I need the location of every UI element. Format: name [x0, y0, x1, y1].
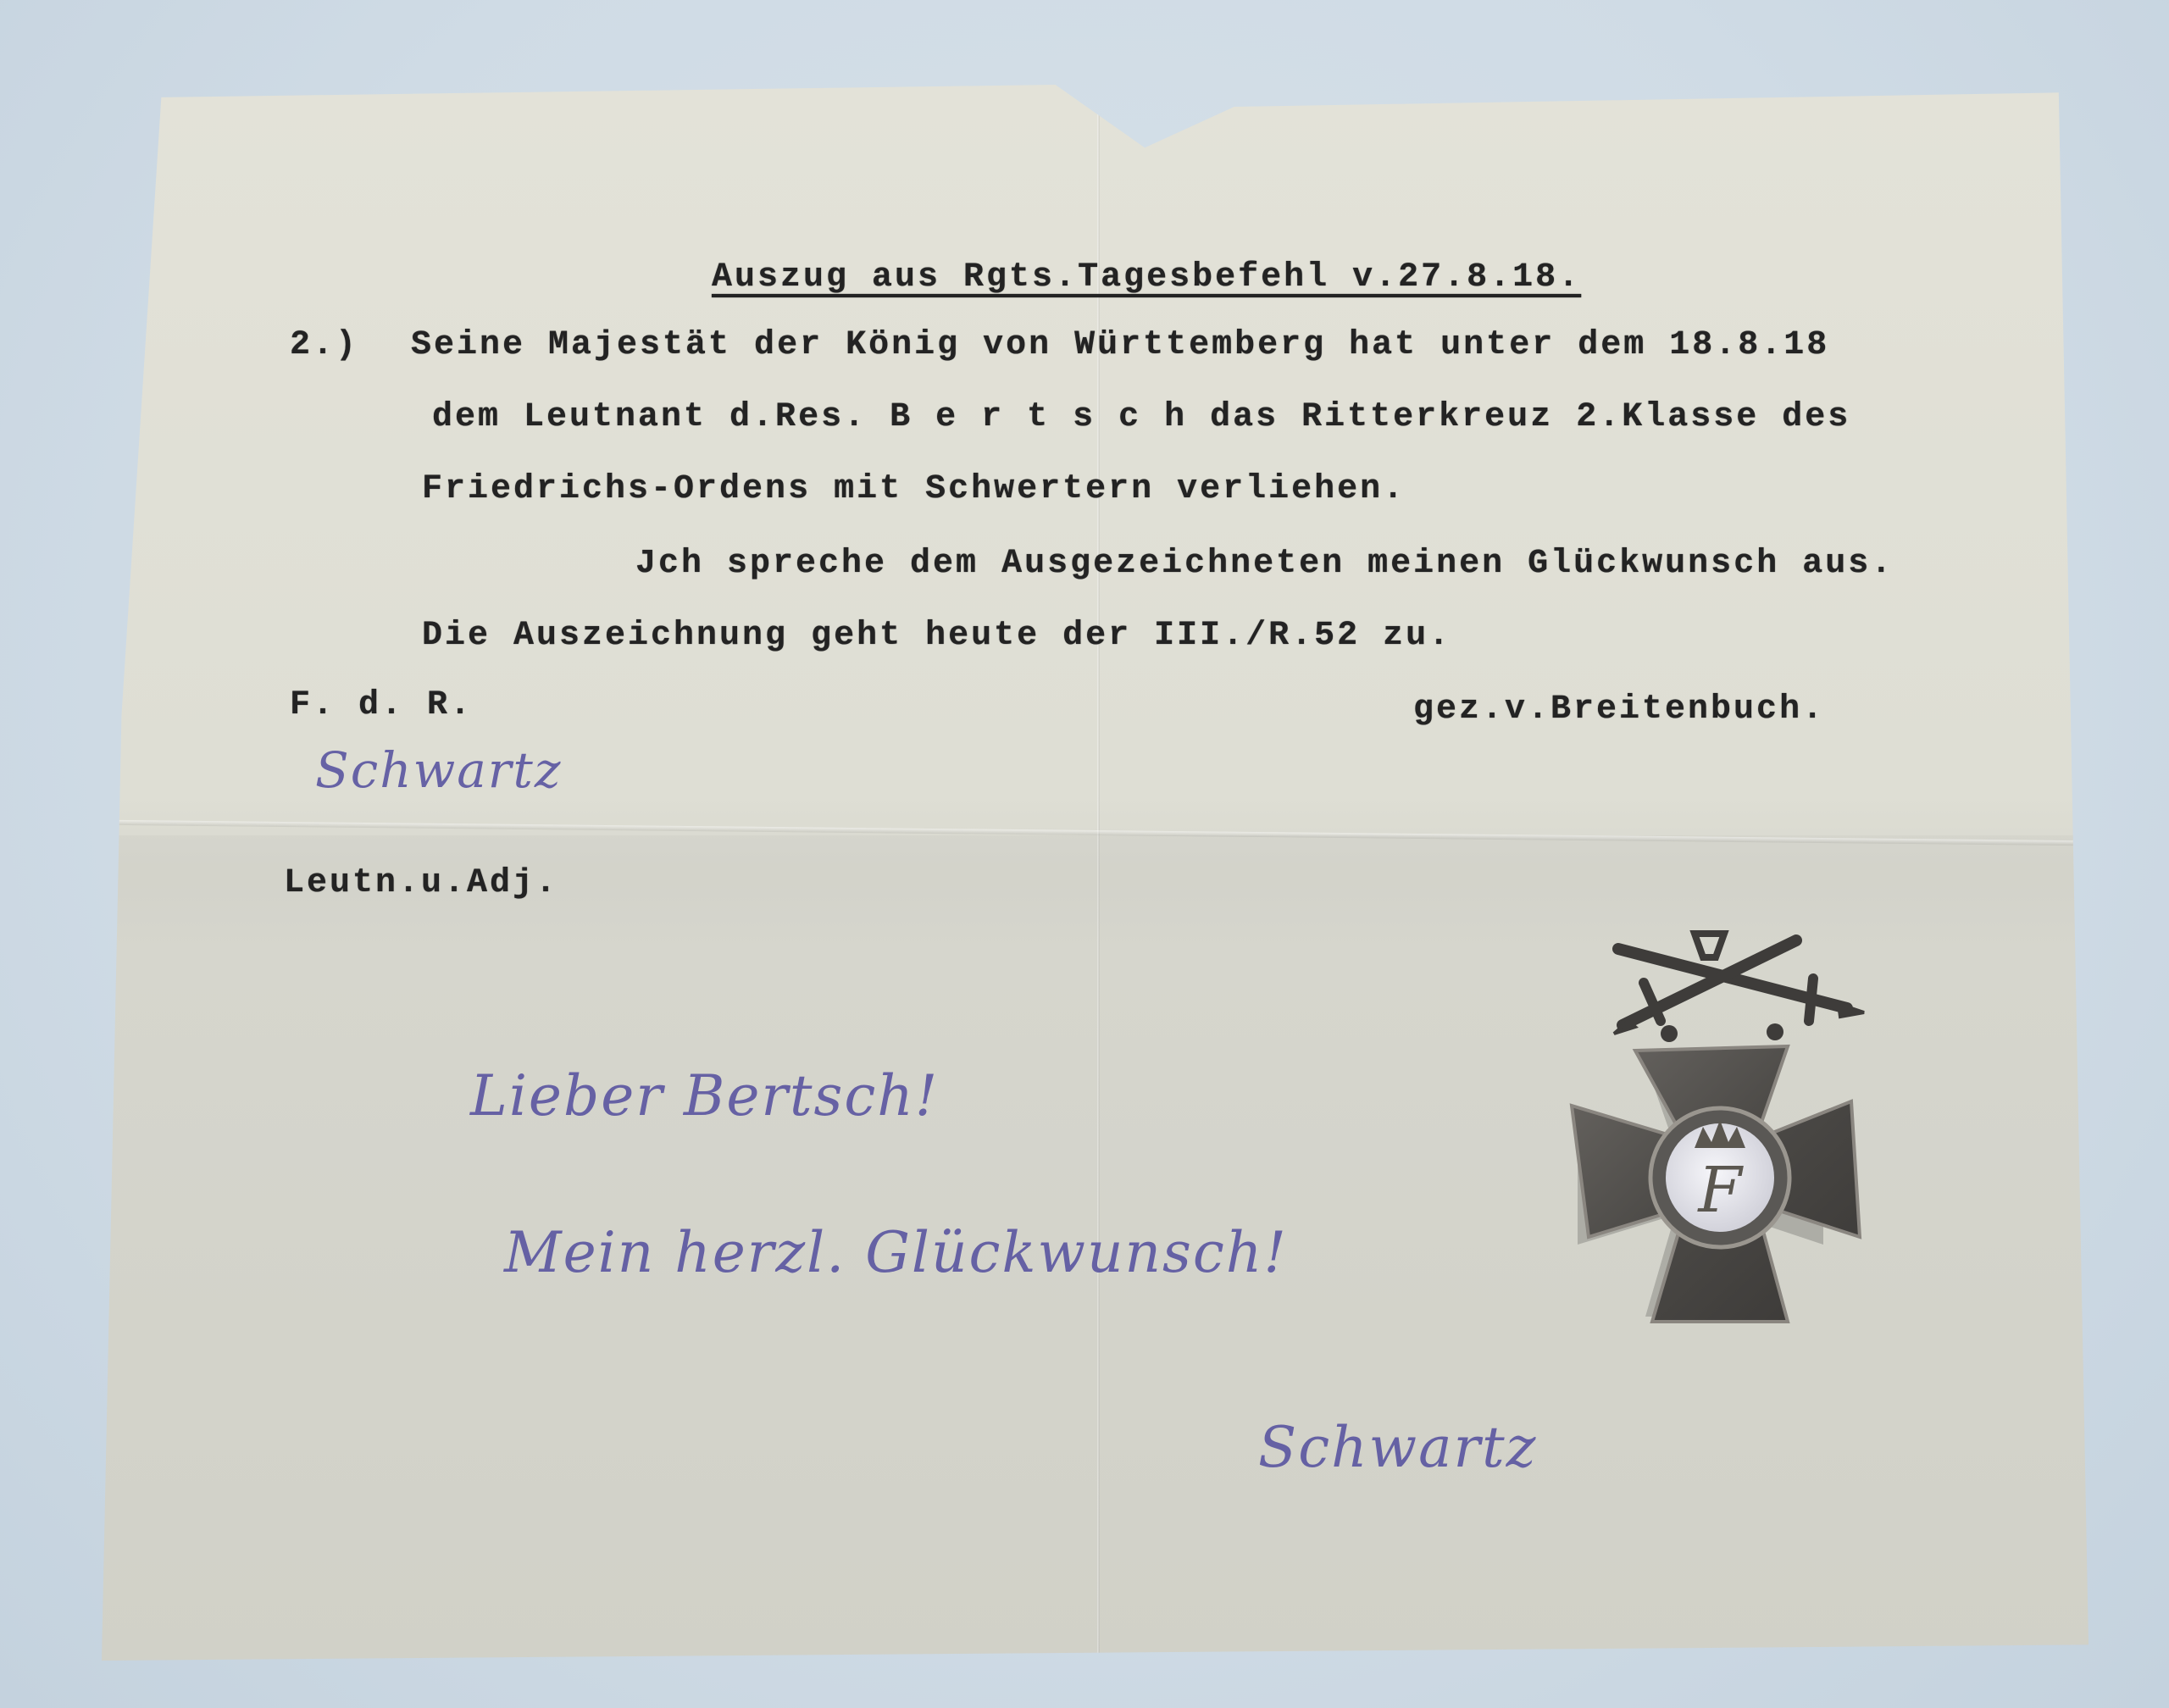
rank-line: Leutn.u.Adj. [284, 864, 558, 902]
handwritten-message: Mein herzl. Glückwunsch! [504, 1220, 1288, 1285]
medal-cross-with-swords-icon: F [1534, 923, 1898, 1423]
body-line-3: Friedrichs-Ordens mit Schwertern verlieh… [422, 470, 1406, 508]
body-line-5: Die Auszeichnung geht heute der III./R.5… [422, 617, 1451, 655]
item-number: 2.) [290, 326, 358, 364]
document-sheet: Auszug aus Rgts.Tagesbefehl v.27.8.18. 2… [102, 85, 2089, 1661]
right-signoff: gez.v.Breitenbuch. [1413, 690, 1825, 729]
handwritten-signature: Schwartz [1258, 1415, 1537, 1480]
document-title: Auszug aus Rgts.Tagesbefehl v.27.8.18. [712, 258, 1581, 297]
left-signoff: F. d. R. [290, 686, 473, 724]
body-line-2: dem Leutnant d.Res. B e r t s c h das Ri… [432, 398, 1850, 436]
body-line-1: Seine Majestät der König von Württemberg… [411, 326, 1829, 364]
svg-text:F: F [1696, 1154, 1744, 1227]
body-line-4: Jch spreche dem Ausgezeichneten meinen G… [635, 545, 1894, 583]
left-signature: Schwartz [315, 741, 562, 799]
handwritten-greeting: Lieber Bertsch! [470, 1063, 939, 1128]
